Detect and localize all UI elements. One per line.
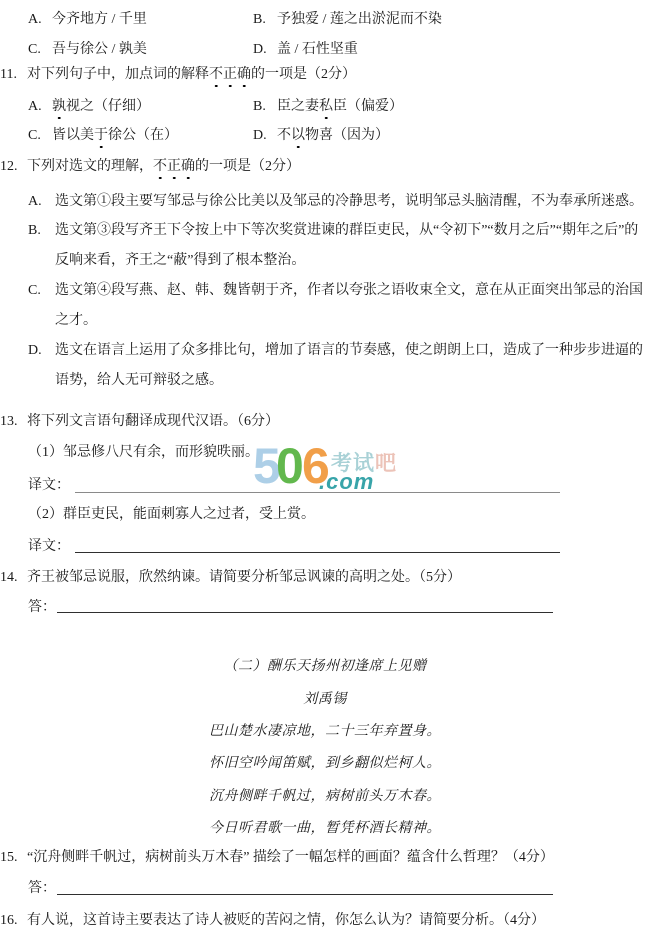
question-number: 13. <box>0 413 27 430</box>
q15-answer-label: 答： <box>28 880 56 897</box>
option-letter: B. <box>253 12 277 28</box>
question-number: 12. <box>0 158 27 175</box>
question-number: 11. <box>0 66 27 83</box>
question-13-stem: 13.将下列文言语句翻译成现代汉语。（6分） <box>0 413 279 430</box>
emphasized-text: 孰 <box>52 99 66 114</box>
option-letter: D. <box>253 128 277 144</box>
question-11-stem: 11.对下列句子中，加点词的解释不正确的一项是（2分） <box>0 66 356 83</box>
question-number: 16. <box>0 912 27 929</box>
q11-option-b: B.臣之妻私臣（偏爱） <box>253 95 403 115</box>
question-number: 14. <box>0 569 27 586</box>
option-text: 选文第①段主要写邹忌与徐公比美以及邹忌的冷静思考，说明邹忌头脑清醒，不为奉承所迷… <box>55 194 643 209</box>
option-text: 吾与徐公 / 孰美 <box>52 42 147 57</box>
question-12-stem: 12.下列对选文的理解，不正确的一项是（2分） <box>0 158 300 175</box>
poem-section-title: （二）酬乐天扬州初逢席上见赠 <box>0 658 650 675</box>
q11-option-d: D.不以物喜（因为） <box>253 124 389 144</box>
prev-option-d: D.盖 / 石性坚重 <box>253 38 358 58</box>
option-letter: C. <box>28 42 52 58</box>
poem-line-3: 沉舟侧畔千帆过，病树前头万木春。 <box>0 788 650 805</box>
watermark-digit-0: 0 <box>276 441 304 491</box>
emphasized-text: 于 <box>94 128 108 143</box>
answer-blank-line <box>57 612 553 613</box>
emphasized-text: 不正确 <box>153 159 195 174</box>
question-16-stem: 16.有人说，这首诗主要表达了诗人被贬的苦闷之情，你怎么认为？请简要分析。（4分… <box>0 912 545 929</box>
option-text: 盖 / 石性坚重 <box>277 42 358 57</box>
q14-answer-label: 答： <box>28 599 56 616</box>
poem-line-1: 巴山楚水凄凉地，二十三年弃置身。 <box>0 723 650 740</box>
prev-option-c: C.吾与徐公 / 孰美 <box>28 38 147 58</box>
question-15-stem: 15.“沉舟侧畔千帆过，病树前头万木春” 描绘了一幅怎样的画面？蕴含什么哲理？（… <box>0 849 554 866</box>
option-text: 选文在语言上运用了众多排比句，增加了语言的节奏感，使之朗朗上口，造成了一种步步进… <box>55 343 643 388</box>
q13-answer-label-2: 译文： <box>28 538 70 555</box>
question-number: 15. <box>0 849 27 866</box>
option-letter: B. <box>253 99 277 115</box>
emphasized-text: 不正确 <box>209 67 251 82</box>
answer-blank-line <box>75 492 560 493</box>
q11-option-c: C.皆以美于徐公（在） <box>28 124 178 144</box>
poem-line-4: 今日听君歌一曲，暂凭杯酒长精神。 <box>0 820 650 837</box>
option-text: 今齐地方 / 千里 <box>52 12 147 27</box>
option-letter: C. <box>28 276 55 306</box>
option-letter: C. <box>28 128 52 144</box>
q13-answer-label-1: 译文： <box>28 477 70 494</box>
q12-option-c: C.选文第④段写燕、赵、韩、魏皆朝于齐，作者以夸张之语收束全文，意在从正面突出邹… <box>28 276 648 336</box>
emphasized-text: 以 <box>291 128 305 143</box>
option-letter: B. <box>28 216 55 246</box>
poem-author: 刘禹锡 <box>0 691 650 708</box>
answer-blank-line <box>75 552 560 553</box>
q13-sentence-1: （1）邹忌修八尺有余，而形貌昳丽。 <box>28 444 259 461</box>
watermark-506-logo: 5 0 6 考试吧 .com <box>253 441 403 513</box>
option-letter: D. <box>28 336 55 366</box>
q12-option-b: B.选文第③段写齐王下令按上中下等次奖赏进谏的群臣吏民，从“令初下”“数月之后”… <box>28 216 648 276</box>
prev-option-a: A.今齐地方 / 千里 <box>28 8 147 28</box>
option-text: 予独爱 / 莲之出淤泥而不染 <box>277 12 442 27</box>
option-letter: A. <box>28 12 52 28</box>
question-14-stem: 14.齐王被邹忌说服，欣然纳谏。请简要分析邹忌讽谏的高明之处。（5分） <box>0 569 461 586</box>
option-text: 选文第③段写齐王下令按上中下等次奖赏进谏的群臣吏民，从“令初下”“数月之后”“期… <box>55 223 638 268</box>
poem-line-2: 怀旧空吟闻笛赋，到乡翻似烂柯人。 <box>0 755 650 772</box>
q11-option-a: A.孰视之（仔细） <box>28 95 150 115</box>
q12-option-d: D.选文在语言上运用了众多排比句，增加了语言的节奏感，使之朗朗上口，造成了一种步… <box>28 336 648 396</box>
q12-option-a: A.选文第①段主要写邹忌与徐公比美以及邹忌的冷静思考，说明邹忌头脑清醒，不为奉承… <box>28 187 648 217</box>
q13-sentence-2: （2）群臣吏民，能面刺寡人之过者，受上赏。 <box>28 506 315 523</box>
emphasized-text: 私 <box>319 99 333 114</box>
option-letter: A. <box>28 99 52 115</box>
option-text: 选文第④段写燕、赵、韩、魏皆朝于齐，作者以夸张之语收束全文，意在从正面突出邹忌的… <box>55 283 643 328</box>
answer-blank-line <box>57 894 553 895</box>
option-letter: D. <box>253 42 277 58</box>
prev-option-b: B.予独爱 / 莲之出淤泥而不染 <box>253 8 442 28</box>
exam-page: 5 0 6 考试吧 .com A.今齐地方 / 千里 B.予独爱 / 莲之出淤泥… <box>0 0 650 936</box>
option-letter: A. <box>28 187 55 217</box>
